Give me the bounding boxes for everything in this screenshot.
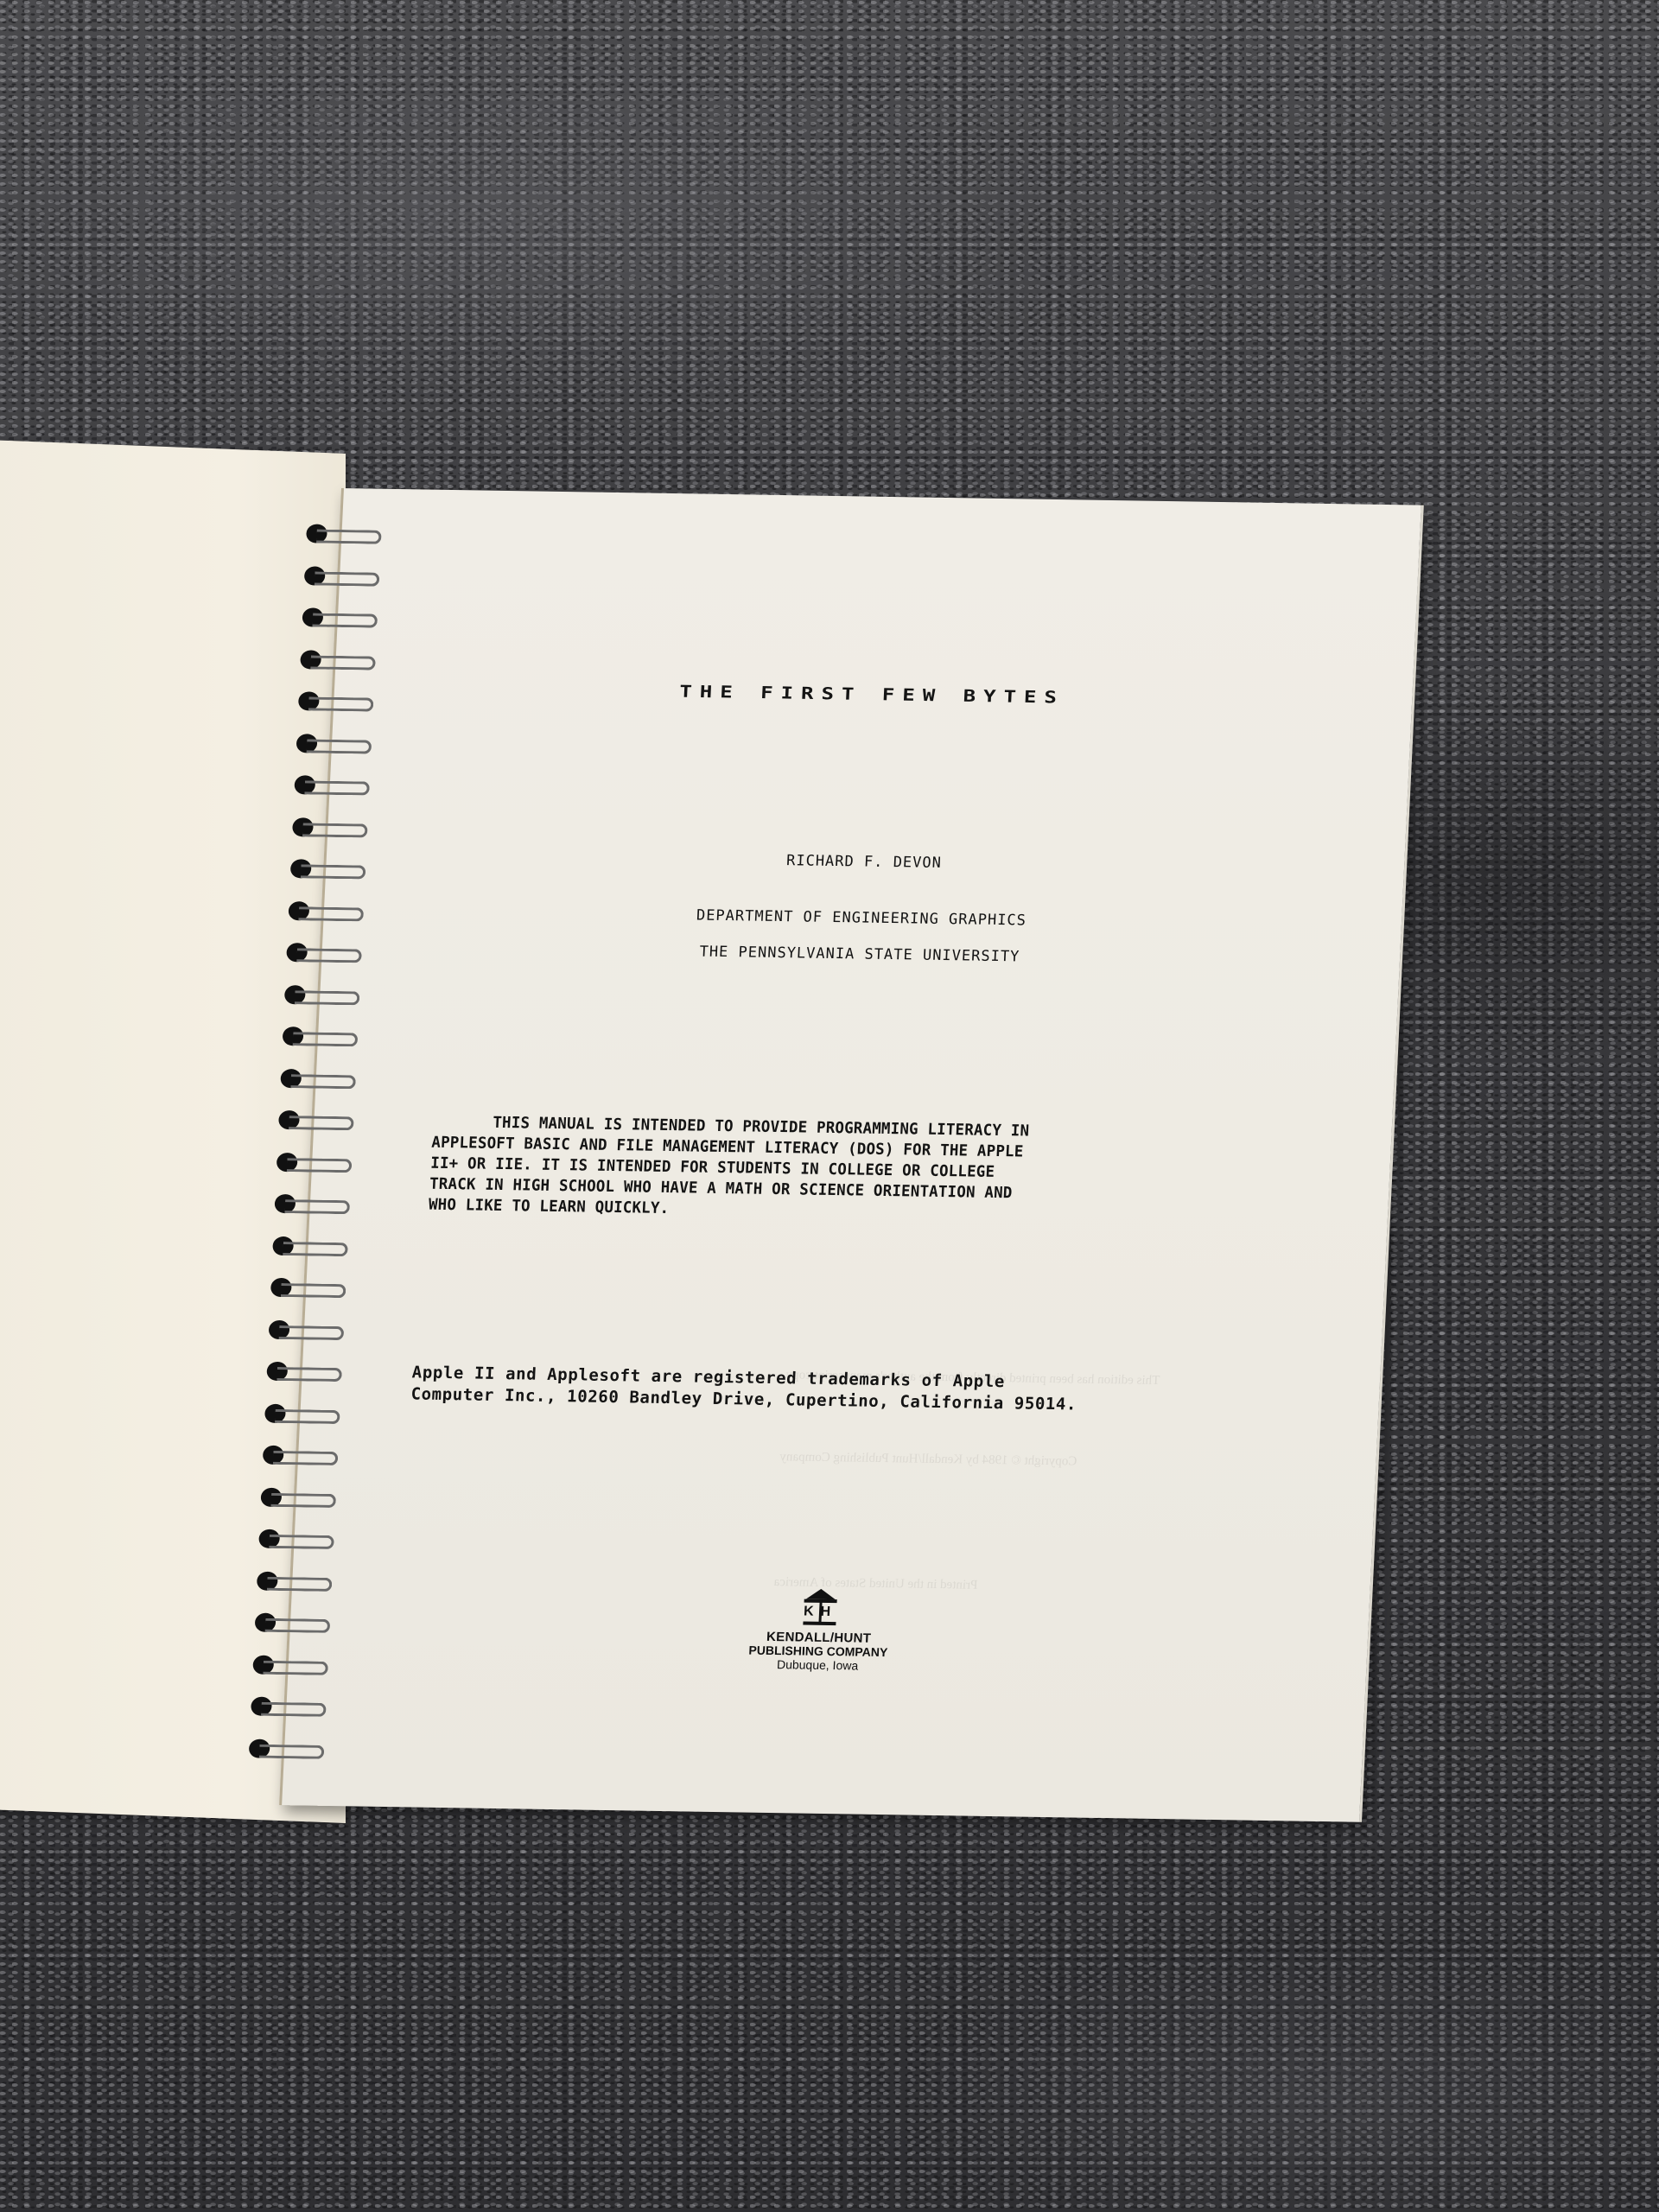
spiral-coil — [245, 1402, 350, 1427]
spiral-coil — [239, 1527, 344, 1553]
spiral-coil — [273, 815, 378, 841]
spiral-coil — [249, 1318, 353, 1344]
spiral-coil — [263, 1025, 367, 1051]
spiral-coil — [251, 1275, 356, 1301]
spiral-coil — [276, 731, 381, 757]
department: DEPARTMENT OF ENGINEERING GRAPHICS — [321, 901, 1402, 936]
spiral-coil — [247, 1359, 352, 1385]
spiral-coil — [283, 606, 387, 632]
spiral-coil — [241, 1485, 346, 1511]
document-title: THE FIRST FEW BYTES — [332, 677, 1413, 713]
spiral-coil — [259, 1109, 364, 1135]
author-name: RICHARD F. DEVON — [324, 845, 1405, 880]
spiral-coil — [281, 647, 385, 673]
university: THE PENNSYLVANIA STATE UNIVERSITY — [320, 938, 1401, 972]
trademark-notice: Apple II and Applesoft are registered tr… — [410, 1362, 1242, 1418]
spiral-coil — [257, 1150, 362, 1176]
kendall-hunt-logo-icon: KH — [798, 1588, 842, 1625]
spiral-coil — [287, 522, 391, 548]
spiral-coil — [275, 773, 379, 799]
spiral-coil — [265, 982, 370, 1008]
spiral-coil — [230, 1737, 334, 1763]
spiral-coil — [285, 564, 390, 590]
intro-paragraph: THIS MANUAL IS INTENDED TO PROVIDE PROGR… — [428, 1112, 1204, 1228]
spiral-coil — [253, 1234, 358, 1260]
spiral-coil — [232, 1694, 336, 1720]
spiral-coil — [261, 1066, 365, 1092]
title-page: This edition has been printed directly f… — [279, 488, 1424, 1822]
spiral-coil — [244, 1443, 348, 1469]
bleed-through-text: Copyright © 1984 by Kendall/Hunt Publish… — [779, 1450, 1077, 1469]
spiral-coil — [255, 1192, 359, 1218]
publisher-block: KH KENDALL/HUNT PUBLISHING COMPANY Dubuq… — [277, 1580, 1361, 1681]
